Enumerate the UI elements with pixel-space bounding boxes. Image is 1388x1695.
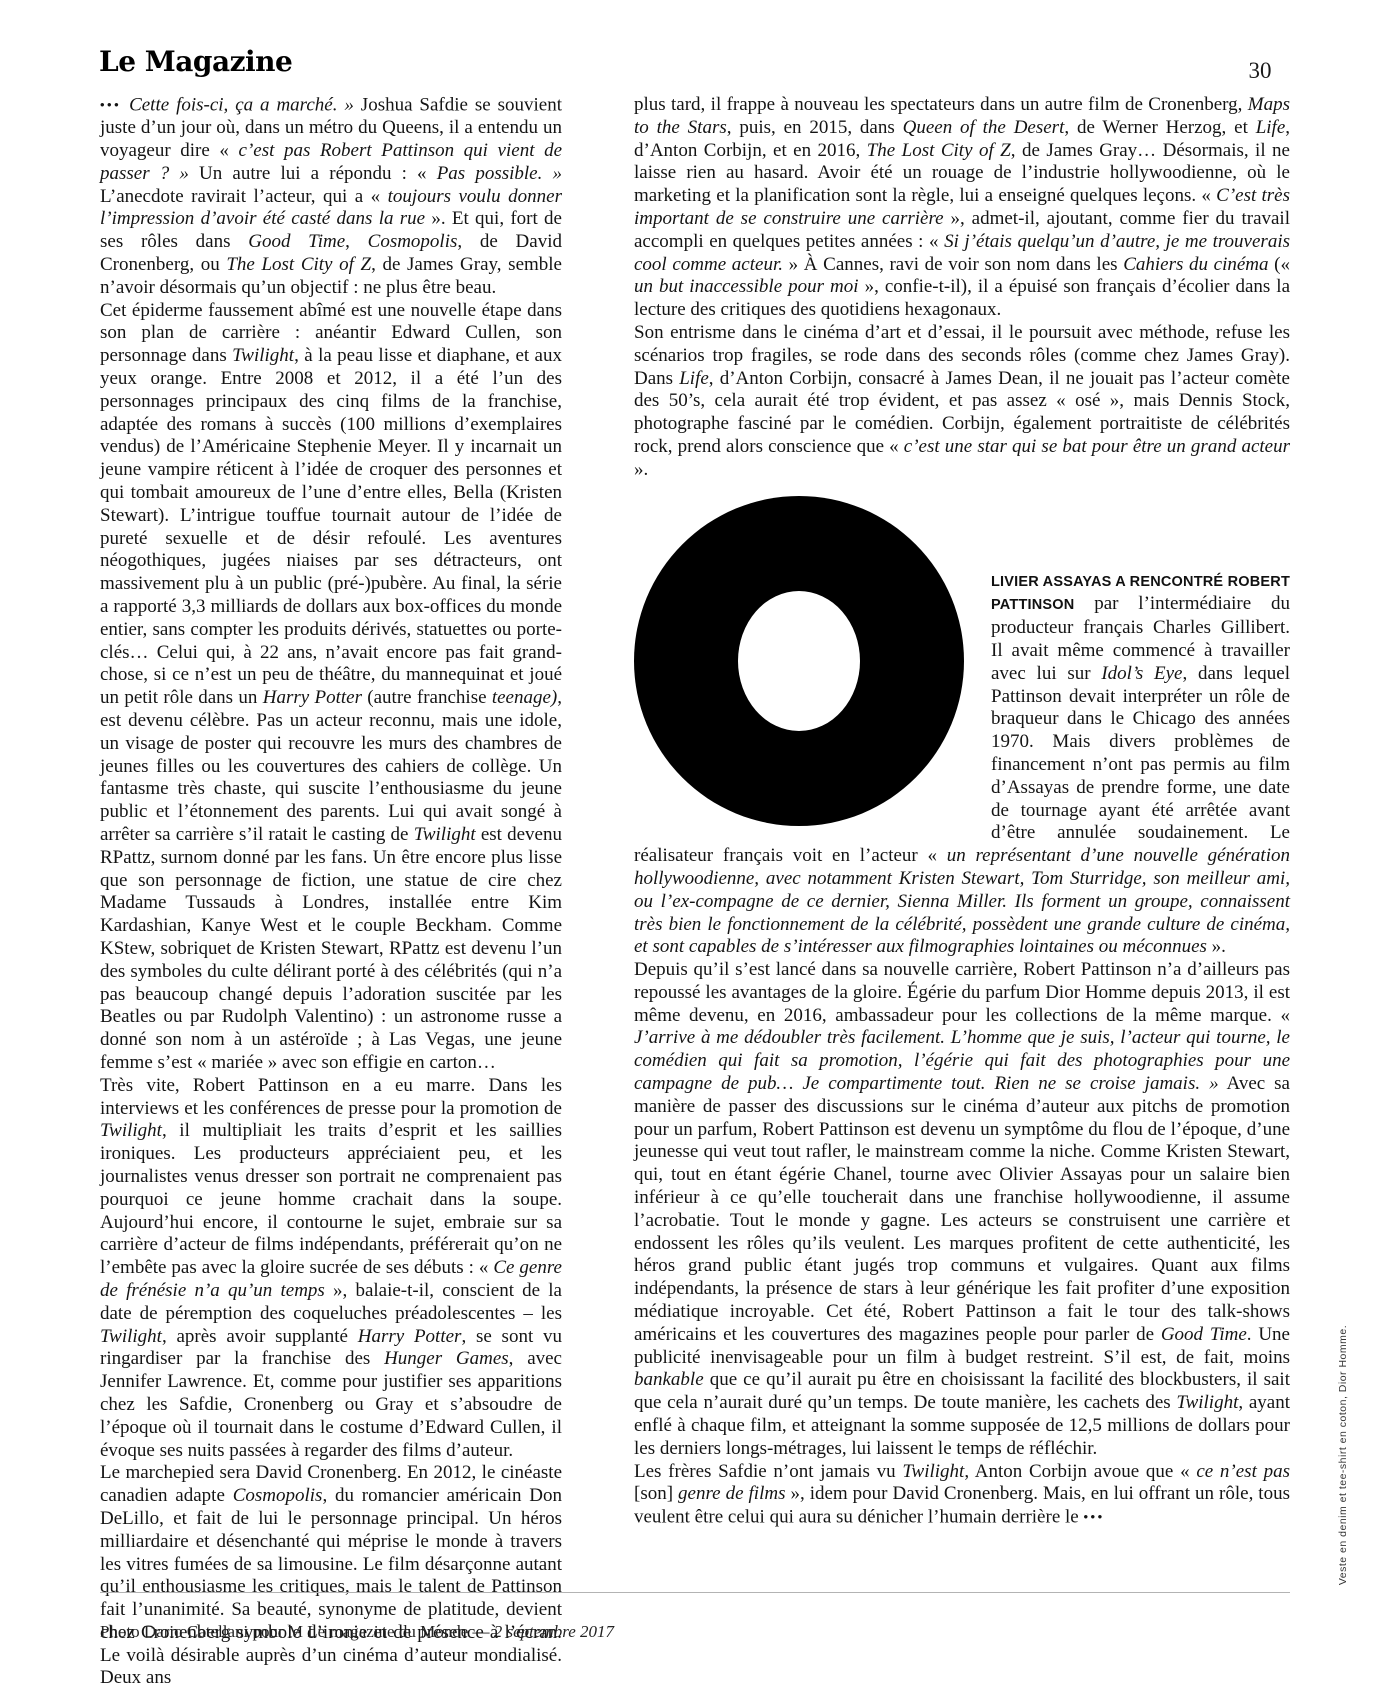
article-right-column: plus tard, il frappe à nouveau les spect… (634, 94, 1290, 1530)
text-run: Idol’s Eye (1101, 663, 1182, 684)
text-run: Life (679, 368, 709, 389)
text-run: Hunger Games (384, 1348, 509, 1369)
text-run: Harry Potter (263, 687, 362, 708)
text-run: Avec sa manière de passer des discussion… (634, 1073, 1290, 1345)
text-run: bankable (634, 1369, 704, 1390)
text-run: Cahiers du cinéma (1123, 254, 1268, 275)
text-run: ». (1207, 936, 1226, 957)
text-run: Un autre lui a répondu : « (189, 163, 437, 184)
text-run: ••• (100, 97, 129, 112)
text-run: Cette fois-ci, ça a marché. » (129, 95, 354, 116)
text-run: Twilight (100, 1120, 162, 1141)
footer-divider (100, 1592, 1290, 1593)
photo-credit: Photo Dario Catellani pour M Le magazine… (100, 1622, 614, 1642)
paragraph: Depuis qu’il s’est lancé dans sa nouvell… (634, 959, 1290, 1461)
text-run: , à la peau lisse et diaphane, et aux ye… (100, 345, 562, 708)
text-run: The Lost City of Z (226, 254, 371, 275)
text-run: Cosmopolis (368, 231, 458, 252)
text-run: [son] (634, 1483, 678, 1504)
text-run: est devenu RPattz, surnom donné par les … (100, 824, 562, 1073)
paragraph: Cet épiderme faussement abîmé est une no… (100, 300, 562, 1075)
text-run: ce n’est pas (1196, 1461, 1290, 1482)
text-run: ••• (1083, 1509, 1104, 1524)
text-run: , il multipliait les traits d’esprit et … (100, 1120, 562, 1278)
text-run: c’est une star qui se bat pour être un g… (904, 436, 1290, 457)
text-run: Depuis qu’il s’est lancé dans sa nouvell… (634, 959, 1290, 1026)
letter-o-counter (738, 591, 860, 731)
text-run: Harry Potter (358, 1326, 462, 1347)
text-run: J’arrive à me dédoubler très facilement.… (634, 1027, 1290, 1094)
text-run: (autre franchise (362, 687, 492, 708)
text-run: , puis, en 2015, dans (727, 117, 903, 138)
magazine-masthead: Le Magazine (99, 46, 292, 78)
right-column-top-paragraphs: plus tard, il frappe à nouveau les spect… (634, 94, 1290, 482)
dropcap-block: LIVIER ASSAYAS A RENCONTRÉ ROBERT PATTIN… (634, 482, 1290, 960)
text-run: plus tard, il frappe à nouveau les spect… (634, 94, 1248, 115)
photo-credit-text: Photo Dario Catellani pour M Le magazine… (100, 1622, 494, 1641)
text-run: Good Time (248, 231, 345, 252)
text-run: , Anton Corbijn avoue que « (964, 1461, 1196, 1482)
page-number: 30 (1238, 58, 1282, 84)
paragraph: Le marchepied sera David Cronenberg. En … (100, 1462, 562, 1690)
magazine-page: Le Magazine 30 ••• Cette fois-ci, ça a m… (0, 0, 1388, 1695)
text-run: teenage) (492, 687, 557, 708)
text-run: un but inaccessible pour moi (634, 276, 859, 297)
text-run: Life (1256, 117, 1286, 138)
text-run: » À Cannes, ravi de voir son nom dans le… (783, 254, 1123, 275)
text-run: , du romancier américain Don DeLillo, et… (100, 1485, 562, 1688)
article-left-column: ••• Cette fois-ci, ça a marché. » Joshua… (100, 94, 562, 1690)
paragraph: Les frères Safdie n’ont jamais vu Twilig… (634, 1461, 1290, 1530)
text-run: Twilight (414, 824, 476, 845)
issue-date: 2 septembre 2017 (494, 1622, 614, 1641)
text-run: , après avoir supplanté (162, 1326, 358, 1347)
text-run: Good Time (1161, 1324, 1247, 1345)
text-run: Twilight (1176, 1392, 1238, 1413)
text-run: (« (1269, 254, 1290, 275)
letter-o-dropcap (634, 496, 964, 826)
text-run: Pas possible. » (437, 163, 562, 184)
text-run: Très vite, Robert Pattinson en a eu marr… (100, 1075, 562, 1119)
text-run: Les frères Safdie n’ont jamais vu (634, 1461, 902, 1482)
text-run: Cosmopolis (233, 1485, 323, 1506)
text-run: , de Werner Herzog, et (1064, 117, 1255, 138)
right-column-bottom-paragraphs: Depuis qu’il s’est lancé dans sa nouvell… (634, 959, 1290, 1529)
text-run: Twilight (902, 1461, 964, 1482)
text-run: The Lost City of Z (867, 140, 1011, 161)
paragraph: ••• Cette fois-ci, ça a marché. » Joshua… (100, 94, 562, 300)
text-run: Queen of the Desert (903, 117, 1065, 138)
text-run: ». (634, 459, 648, 480)
text-run: , est devenu célèbre. Pas un acteur reco… (100, 687, 562, 845)
text-run: genre de films (678, 1483, 785, 1504)
paragraph: Très vite, Robert Pattinson en a eu marr… (100, 1075, 562, 1463)
paragraph: plus tard, il frappe à nouveau les spect… (634, 94, 1290, 322)
text-run: L’anecdote ravirait l’acteur, qui a « (100, 186, 388, 207)
paragraph: Son entrisme dans le cinéma d’art et d’e… (634, 322, 1290, 482)
fashion-credit-caption: Veste en denim et tee-shirt en coton, Di… (1337, 1325, 1349, 1585)
text-run: Twilight (232, 345, 294, 366)
text-run: , (345, 231, 368, 252)
text-run: Twilight (100, 1326, 162, 1347)
